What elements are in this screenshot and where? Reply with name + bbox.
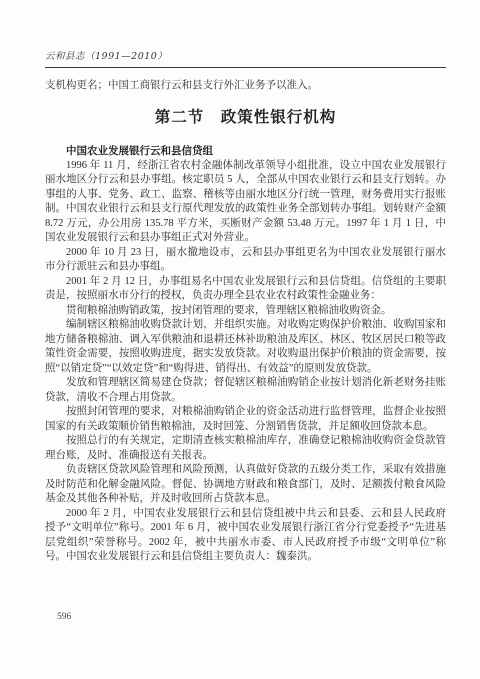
body-paragraph: 2000 年 10 月 23 日，丽水撤地设市，云和县办事组更名为中国农业发展银… <box>45 246 446 275</box>
body-paragraph: 按照总行的有关规定，定期清查核实粮棉油库存，准确登记粮棉油收购资金贷款管理台账，… <box>45 434 446 463</box>
sub-heading: 中国农业发展银行云和县信贷组 <box>45 144 446 159</box>
page-number: 596 <box>57 612 71 622</box>
body-text: 支机构更名；中国工商银行云和县支行外汇业务予以准入。 第二节 政策性银行机构 中… <box>45 79 446 565</box>
book-title: 云和县志（1991—2010） <box>45 51 167 62</box>
body-paragraph: 负责辖区贷款风险管理和风险预测，认真做好贷款的五级分类工作，采取有效措施及时防范… <box>45 463 446 507</box>
body-paragraph: 贯彻粮棉油购销政策，按封闭管理的要求，管理辖区粮棉油收购资金。 <box>45 304 446 319</box>
page-content-area: 云和县志（1991—2010） 支机构更名；中国工商银行云和县支行外汇业务予以准… <box>45 48 446 565</box>
body-paragraph: 按照封闭管理的要求，对粮棉油购销企业的资金活动进行监督管理，监督企业按照国家的有… <box>45 405 446 434</box>
body-paragraph: 2000 年 2 月，中国农业发展银行云和县信贷组被中共云和县委、云和县人民政府… <box>45 507 446 565</box>
body-paragraph: 发放和管理辖区简易建仓贷款；督促辖区粮棉油购销企业按计划消化新老财务挂账贷款，清… <box>45 376 446 405</box>
body-paragraph: 编制辖区粮棉油收购贷款计划，并组织实施。对收购定购保护价粮油、收购国家和地方储备… <box>45 318 446 376</box>
body-paragraph: 1996 年 11 月，经浙江省农村金融体制改革领导小组批准，设立中国农业发展银… <box>45 159 446 246</box>
continuation-paragraph: 支机构更名；中国工商银行云和县支行外汇业务予以准入。 <box>45 79 446 94</box>
running-header: 云和县志（1991—2010） <box>45 48 446 68</box>
book-page: 云和县志（1991—2010） 支机构更名；中国工商银行云和县支行外汇业务予以准… <box>0 0 480 679</box>
body-paragraph: 2001 年 2 月 12 日，办事组易名中国农业发展银行云和县信贷组。信贷组的… <box>45 275 446 304</box>
section-heading: 第二节 政策性银行机构 <box>45 111 446 126</box>
